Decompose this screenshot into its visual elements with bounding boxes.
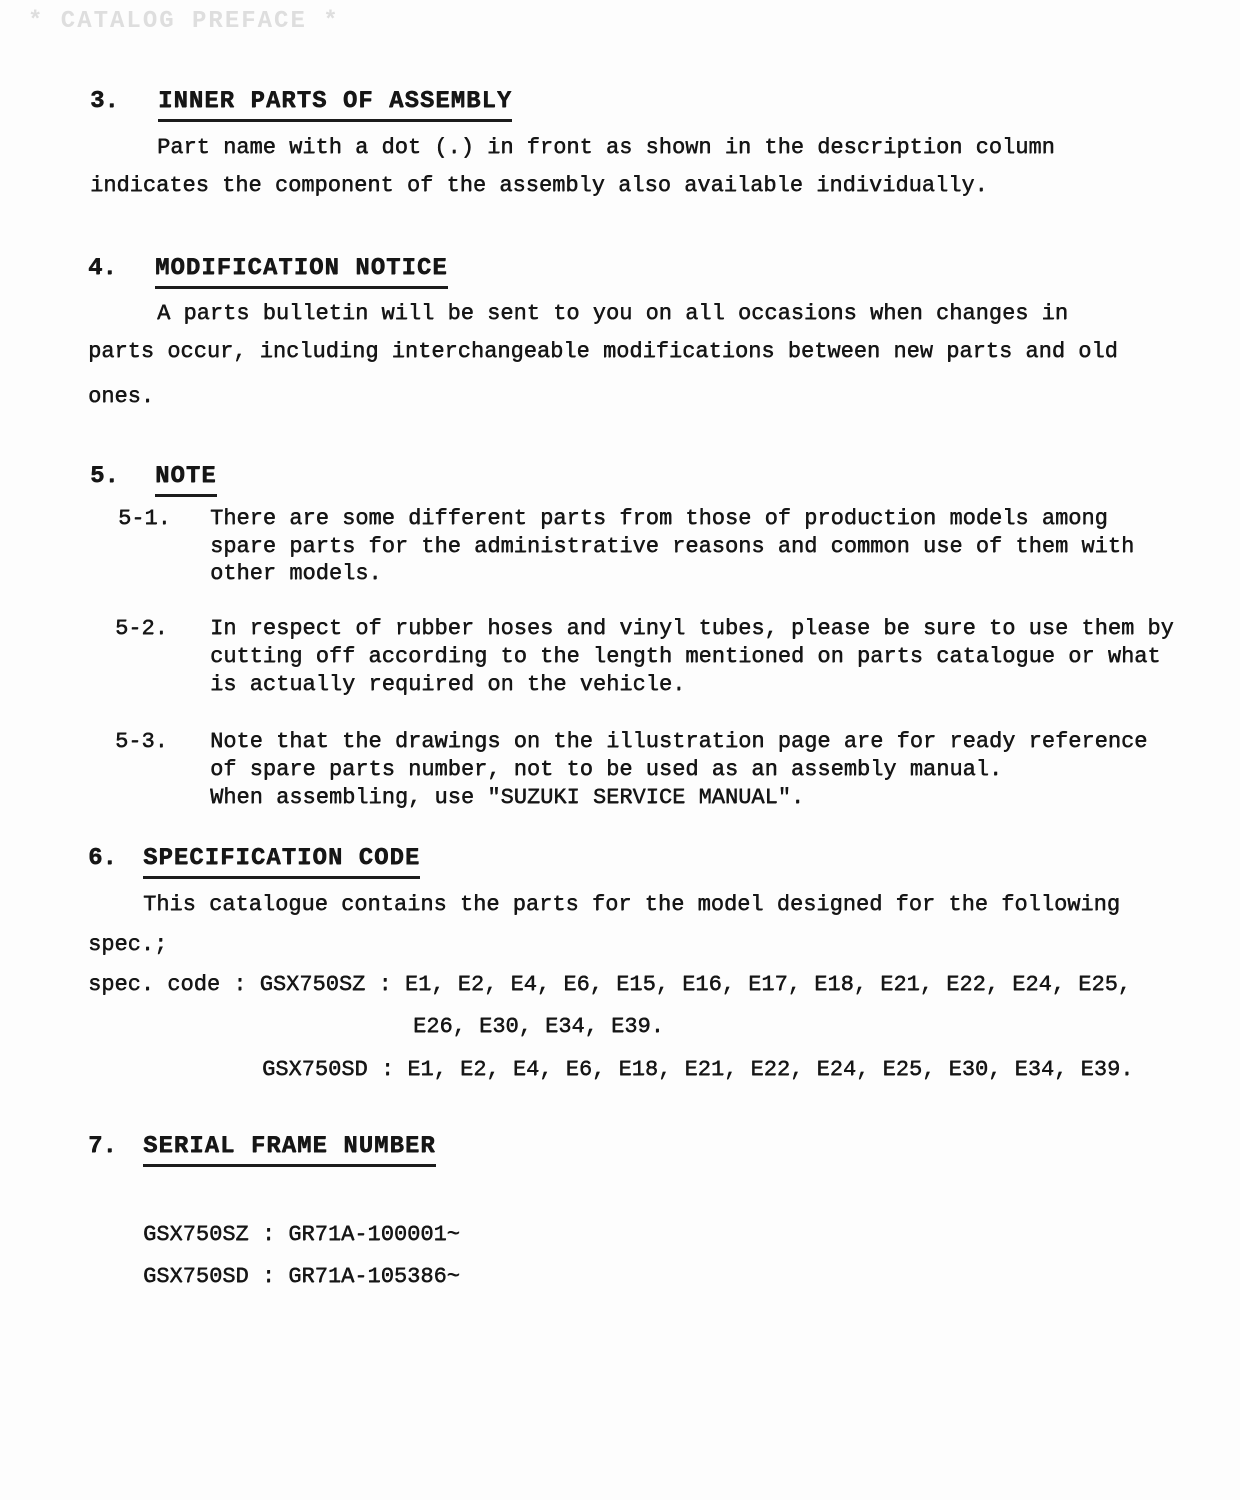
page-header: * CATALOG PREFACE * <box>28 8 340 36</box>
note-item-3-line-3: When assembling, use "SUZUKI SERVICE MAN… <box>210 784 804 812</box>
note-item-2-line-2: cutting off according to the length ment… <box>210 643 1161 671</box>
section-4-number: 4. <box>88 255 117 283</box>
note-item-3-label: 5-3. <box>115 728 168 756</box>
section-4-line-2: parts occur, including interchangeable m… <box>88 338 1118 366</box>
serial-number-line-2: GSX750SD : GR71A-105386~ <box>143 1263 460 1291</box>
note-item-1-line-2: spare parts for the administrative reaso… <box>210 533 1134 561</box>
section-7-title: SERIAL FRAME NUMBER <box>143 1133 436 1167</box>
note-item-1-line-3: other models. <box>210 560 382 588</box>
section-3-title: INNER PARTS OF ASSEMBLY <box>158 88 512 122</box>
note-item-3-line-1: Note that the drawings on the illustrati… <box>210 728 1147 756</box>
note-item-1-line-1: There are some different parts from thos… <box>210 505 1108 533</box>
section-6-intro-1: This catalogue contains the parts for th… <box>143 891 1120 919</box>
document-page: * CATALOG PREFACE * 3. INNER PARTS OF AS… <box>0 0 1240 1500</box>
serial-number-line-1: GSX750SZ : GR71A-100001~ <box>143 1221 460 1249</box>
section-7-number: 7. <box>88 1133 117 1161</box>
note-item-2-label: 5-2. <box>115 615 168 643</box>
section-6-title: SPECIFICATION CODE <box>143 845 420 879</box>
section-4-line-3: ones. <box>88 383 154 411</box>
note-item-2-line-1: In respect of rubber hoses and vinyl tub… <box>210 615 1174 643</box>
section-4-title: MODIFICATION NOTICE <box>155 255 448 289</box>
spec-code-line-3: GSX750SD : E1, E2, E4, E6, E18, E21, E22… <box>262 1056 1133 1084</box>
section-6-number: 6. <box>88 845 117 873</box>
section-6-intro-2: spec.; <box>88 931 167 959</box>
section-5-number: 5. <box>90 463 119 491</box>
note-item-3-line-2: of spare parts number, not to be used as… <box>210 756 1002 784</box>
note-item-2-line-3: is actually required on the vehicle. <box>210 671 685 699</box>
section-4-line-1: A parts bulletin will be sent to you on … <box>157 300 1068 328</box>
note-item-1-label: 5-1. <box>118 505 171 533</box>
section-5-title: NOTE <box>155 463 217 497</box>
section-3-line-2: indicates the component of the assembly … <box>90 172 988 200</box>
section-3-line-1: Part name with a dot (.) in front as sho… <box>157 134 1055 162</box>
spec-code-line-1: spec. code : GSX750SZ : E1, E2, E4, E6, … <box>88 971 1131 999</box>
section-3-number: 3. <box>90 88 119 116</box>
spec-code-line-2: E26, E30, E34, E39. <box>413 1013 664 1041</box>
